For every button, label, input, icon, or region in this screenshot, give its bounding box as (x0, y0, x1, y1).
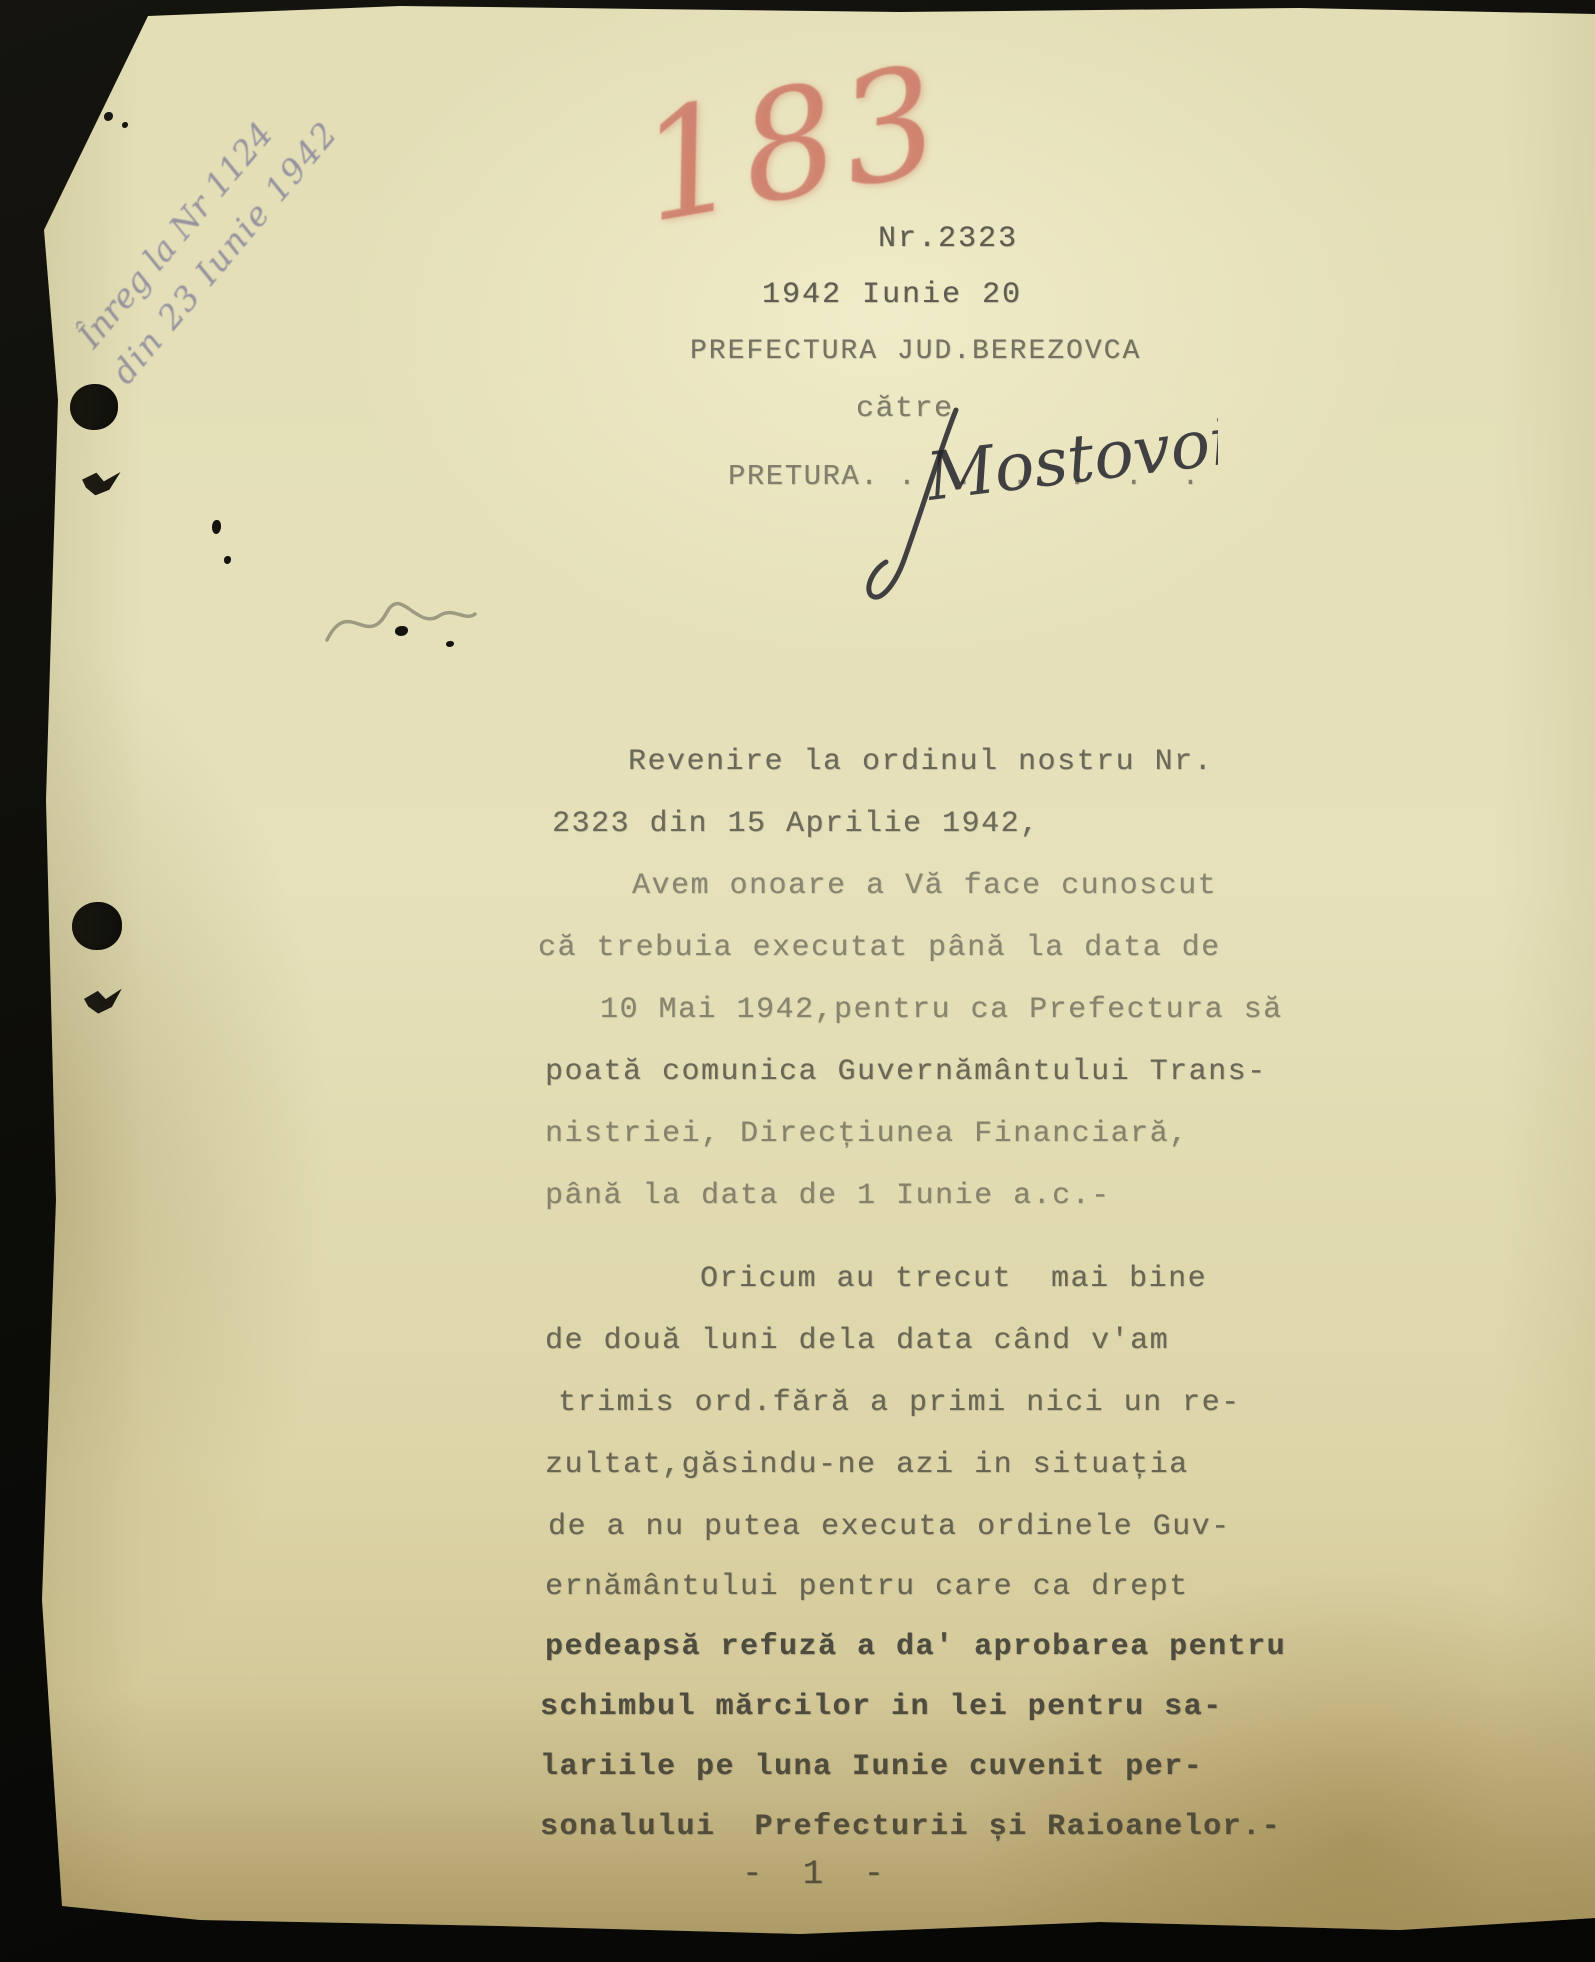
scanned-document-page: { "annotations": { "registration_note": … (0, 0, 1595, 1962)
body-line: Revenire la ordinul nostru Nr. (628, 745, 1213, 779)
body-line: zultat,găsindu-ne azi in situația (545, 1448, 1189, 1482)
paper-sheet: Înreg la Nr 1124din 23 Iunie 1942 183 Nr… (0, 0, 1595, 1962)
ink-speck (224, 556, 231, 564)
document-date: 1942 Iunie 20 (762, 278, 1022, 312)
body-line: 10 Mai 1942,pentru ca Prefectura să (600, 993, 1283, 1027)
body-line: pedeapsă refuză a da' aprobarea pentru (545, 1630, 1286, 1664)
body-line: trimis ord.fără a primi nici un re- (558, 1386, 1241, 1420)
ink-mark (82, 984, 122, 1017)
body-line: lariile pe luna Iunie cuvenit per- (540, 1750, 1203, 1784)
ink-speck (212, 520, 221, 534)
body-line: sonalului Prefecturii și Raioanelor.- (540, 1810, 1281, 1844)
document-number: Nr.2323 (878, 222, 1018, 256)
punch-hole-top (70, 384, 118, 430)
handwritten-signature: Mostovoi (838, 392, 1218, 622)
registration-note: Înreg la Nr 1124din 23 Iunie 1942 (70, 82, 346, 387)
body-line: nistriei, Direcțiunea Financiară, (545, 1117, 1189, 1151)
body-line: că trebuia executat până la data de (538, 931, 1221, 965)
body-line: Oricum au trecut mai bine (700, 1262, 1207, 1296)
pencil-smudge (315, 578, 485, 668)
body-line: schimbul mărcilor in lei pentru sa- (540, 1690, 1223, 1724)
punch-hole-bottom (72, 902, 122, 950)
body-line: de a nu putea executa ordinele Guv- (548, 1510, 1231, 1544)
body-line: poată comunica Guvernământului Trans- (545, 1055, 1267, 1089)
sender-name: PREFECTURA JUD.BEREZOVCA (690, 336, 1141, 367)
body-line: Avem onoare a Vă face cunoscut (632, 869, 1217, 903)
body-line: de două luni dela data când v'am (545, 1324, 1169, 1358)
page-number: - 1 - (742, 1856, 894, 1894)
ink-mark (79, 465, 120, 500)
ink-speck (122, 122, 128, 128)
body-line: ernământului pentru care ca drept (545, 1570, 1189, 1604)
ink-speck (104, 112, 113, 121)
signature-name: Mostovoi (922, 402, 1218, 516)
body-line: până la data de 1 Iunie a.c.- (545, 1179, 1111, 1213)
body-line: 2323 din 15 Aprilie 1942, (552, 807, 1040, 841)
